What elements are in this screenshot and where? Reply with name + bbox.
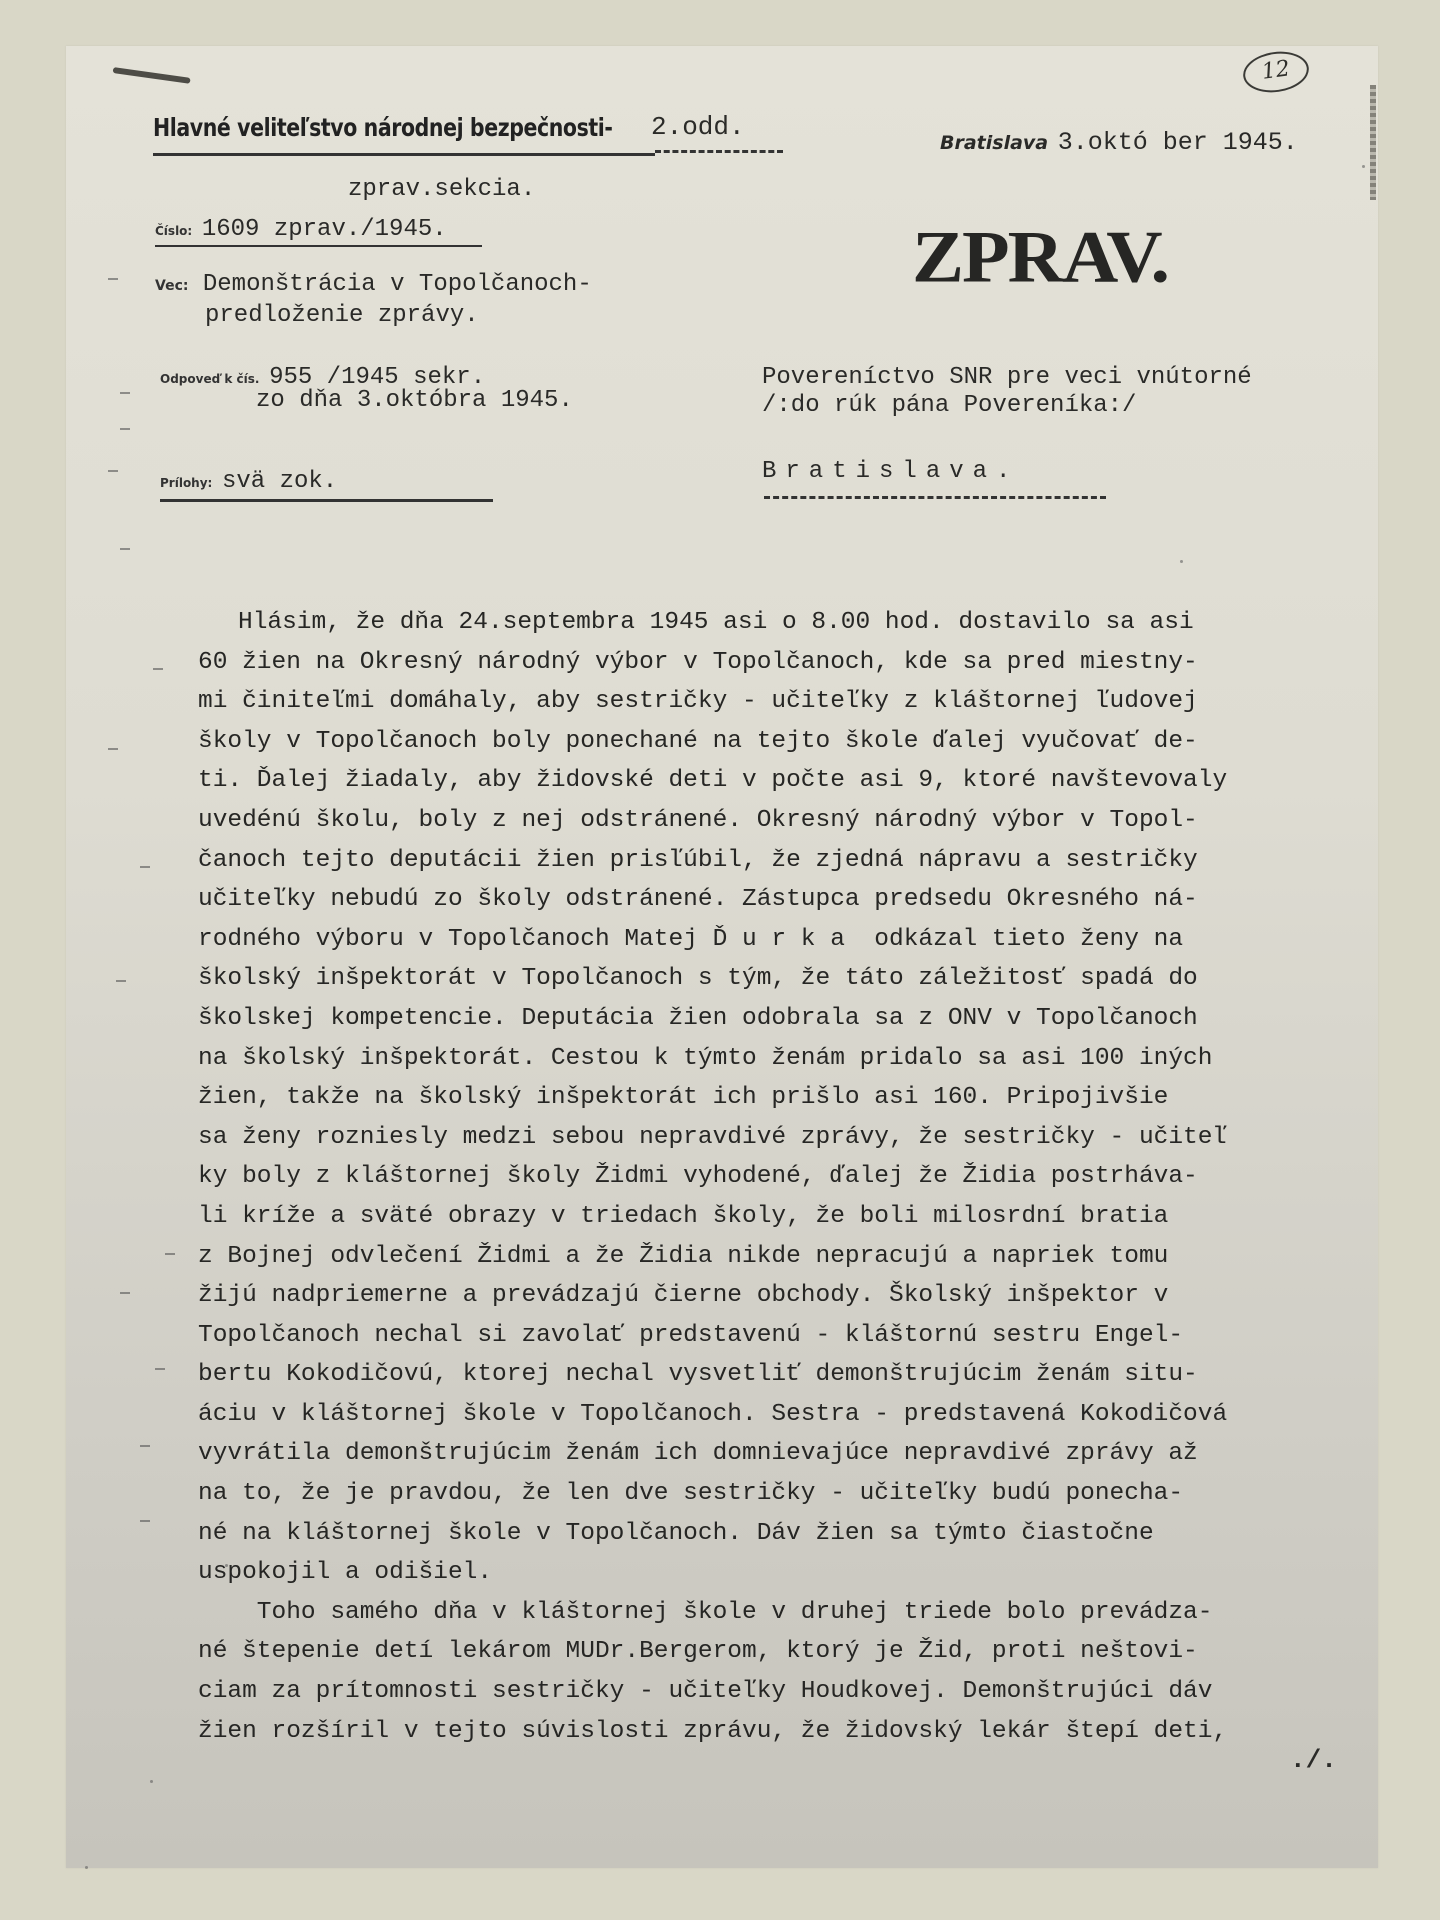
cislo-underline	[155, 245, 482, 247]
body-line: školskej kompetencie. Deputácia žien odo…	[198, 999, 1368, 1039]
body-line: áciu v kláštornej škole v Topolčanoch. S…	[198, 1395, 1368, 1435]
prilohy-label: Prílohy:	[160, 476, 212, 490]
margin-tick	[108, 748, 118, 750]
body-line: žien rozšíril v tejto súvislosti zprávu,…	[198, 1712, 1368, 1752]
body-line: vyvrátila demonštrujúcim ženám ich domni…	[198, 1434, 1368, 1474]
recipient-city-underline	[764, 496, 1106, 499]
date: 3.októ ber 1945.	[1058, 128, 1298, 157]
speck	[1180, 560, 1183, 563]
recipient-block: Povereníctvo SNR pre veci vnútorné /:do …	[762, 364, 1252, 420]
body-line: li kríže a sväté obrazy v triedach školy…	[198, 1197, 1368, 1237]
body-line: né na kláštornej škole v Topolčanoch. Dá…	[198, 1514, 1368, 1554]
department: 2.odd.	[651, 112, 745, 142]
cislo-label: Číslo:	[155, 224, 192, 238]
margin-tick	[116, 980, 126, 982]
body-line: na to, že je pravdou, že len dve sestrič…	[198, 1474, 1368, 1514]
body-line: žien, takže na školský inšpektorát ich p…	[198, 1078, 1368, 1118]
vec-line-1: Demonštrácia v Topolčanoch-	[203, 271, 592, 298]
prilohy-underline	[160, 499, 493, 502]
reference-number: Číslo: 1609 zprav./1945.	[155, 216, 447, 243]
report-body: Hlásim, že dňa 24.septembra 1945 asi o 8…	[238, 603, 1368, 1751]
prilohy-value: svä zok.	[222, 468, 337, 495]
margin-tick	[120, 548, 130, 550]
attachments: Prílohy: svä zok.	[160, 468, 337, 495]
speck	[150, 1780, 153, 1783]
body-line: né štepenie detí lekárom MUDr.Bergerom, …	[198, 1632, 1368, 1672]
margin-tick	[165, 1253, 175, 1255]
recipient-line-1: Povereníctvo SNR pre veci vnútorné	[762, 364, 1252, 392]
margin-tick	[140, 1520, 150, 1522]
body-line: Topolčanoch nechal si zavolať predstaven…	[198, 1316, 1368, 1356]
organization-name: Hlavné veliteľstvo národnej bezpečnosti-	[153, 113, 612, 142]
body-line: bertu Kokodičovú, ktorej nechal vysvetli…	[198, 1355, 1368, 1395]
speck	[85, 1866, 88, 1869]
recipient-city: Bratislava.	[762, 458, 1019, 485]
margin-tick	[108, 470, 118, 472]
odpoved-label: Odpoveď k čís.	[160, 372, 259, 386]
body-line: školský inšpektorát v Topolčanoch s tým,…	[198, 959, 1368, 999]
body-line: Hlásim, že dňa 24.septembra 1945 asi o 8…	[238, 603, 1368, 643]
body-line: sa ženy rozniesly medzi sebou nepravdivé…	[198, 1118, 1368, 1158]
body-line: uspokojil a odišiel.	[198, 1553, 1368, 1593]
margin-tick	[108, 278, 118, 280]
continuation-mark: ./.	[1290, 1745, 1337, 1775]
place-and-date: Bratislava 3.októ ber 1945.	[940, 128, 1298, 157]
section-name: zprav.sekcia.	[348, 176, 535, 203]
margin-tick	[155, 1368, 165, 1370]
margin-tick	[120, 392, 130, 394]
margin-tick	[140, 1445, 150, 1447]
vec-label: Vec:	[155, 278, 188, 294]
odpoved-date: zo dňa 3.októbra 1945.	[160, 390, 573, 412]
speck	[1362, 165, 1365, 168]
body-line: ky boly z kláštornej školy Židmi vyhoden…	[198, 1157, 1368, 1197]
body-line: z Bojnej odvlečení Židmi a že Židia nikd…	[198, 1237, 1368, 1277]
scan-edge-artifact	[1370, 85, 1376, 200]
body-line: rodného výboru v Topolčanoch Matej Ď u r…	[198, 920, 1368, 960]
reply-reference: Odpoveď k čís. 955 /1945 sekr. zo dňa 3.…	[160, 367, 573, 412]
body-line: na školský inšpektorát. Cestou k týmto ž…	[198, 1039, 1368, 1079]
body-line: učiteľky nebudú zo školy odstránené. Zás…	[198, 880, 1368, 920]
body-line: mi činiteľmi domáhaly, aby sestričky - u…	[198, 682, 1368, 722]
department-underline	[655, 150, 783, 153]
recipient-line-2: /:do rúk pána Povereníka:/	[762, 392, 1252, 420]
body-line: žijú nadpriemerne a prevádzajú čierne ob…	[198, 1276, 1368, 1316]
margin-tick	[140, 866, 150, 868]
body-line: školy v Topolčanoch boly ponechané na te…	[198, 722, 1368, 762]
cislo-value: 1609 zprav./1945.	[202, 216, 447, 243]
margin-tick	[120, 428, 130, 430]
body-line: čanoch tejto deputácii žien prisľúbil, ž…	[198, 841, 1368, 881]
body-line: uvedénú školu, boly z nej odstránené. Ok…	[198, 801, 1368, 841]
body-line: 60 žien na Okresný národný výbor v Topol…	[198, 643, 1368, 683]
vec-line-2: predloženie zprávy.	[155, 301, 592, 331]
margin-tick	[120, 1292, 130, 1294]
stamp-zprav: ZPRAV.	[912, 214, 1168, 300]
body-line: Toho samého dňa v kláštornej škole v dru…	[198, 1593, 1368, 1633]
body-line: ciam za prítomnosti sestričky - učiteľky…	[198, 1672, 1368, 1712]
subject: Vec: Demonštrácia v Topolčanoch- predlož…	[155, 270, 592, 331]
margin-tick	[153, 668, 163, 670]
body-line: ti. Ďalej žiadaly, aby židovské deti v p…	[198, 761, 1368, 801]
place: Bratislava	[940, 132, 1048, 154]
speck	[225, 1564, 228, 1567]
organization-underline	[153, 153, 655, 156]
